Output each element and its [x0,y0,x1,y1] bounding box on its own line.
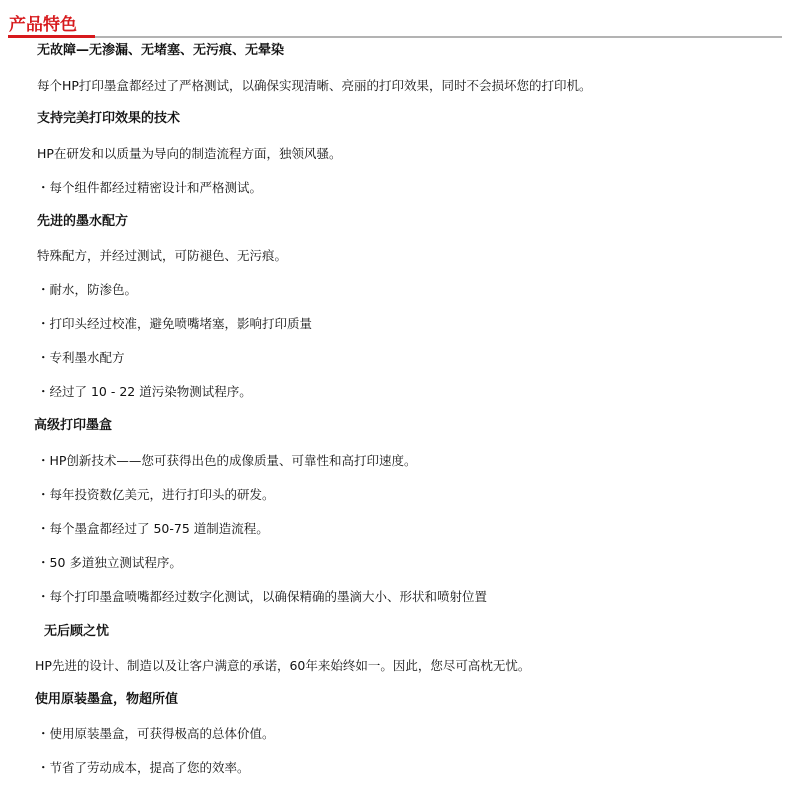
section-heading: 先进的墨水配方 [37,214,128,230]
paragraph: HP先进的设计、制造以及让客户满意的承诺，60年来始终如一。因此，您尽可高枕无忧… [35,658,530,674]
page-title: 产品特色 [9,10,77,35]
paragraph: 每个HP打印墨盒都经过了严格测试，以确保实现清晰、亮丽的打印效果，同时不会损坏您… [37,78,591,94]
bullet-item: ・专利墨水配方 [37,350,125,366]
bullet-item: ・节省了劳动成本，提高了您的效率。 [37,760,250,776]
header-divider [8,36,782,38]
section-heading: 无后顾之忧 [44,624,109,640]
section-header: 产品特色 [8,8,782,38]
bullet-item: ・每个打印墨盒喷嘴都经过数字化测试，以确保精确的墨滴大小、形状和喷射位置 [37,589,487,605]
bullet-item: ・每年投资数亿美元，进行打印头的研发。 [37,487,275,503]
bullet-item: ・经过了 10 - 22 道污染物测试程序。 [37,384,252,400]
bullet-item: ・打印头经过校准，避免喷嘴堵塞，影响打印质量 [37,316,312,332]
bullet-item: ・每个墨盒都经过了 50-75 道制造流程。 [37,521,269,537]
bullet-item: ・耐水，防渗色。 [37,282,137,298]
bullet-item: ・使用原装墨盒，可获得极高的总体价值。 [37,726,275,742]
section-heading: 无故障—无渗漏、无堵塞、无污痕、无晕染 [37,43,284,59]
section-heading: 支持完美打印效果的技术 [37,111,180,127]
section-heading: 高级打印墨盒 [34,418,112,434]
bullet-item: ・50 多道独立测试程序。 [37,555,182,571]
section-heading: 使用原装墨盒，物超所值 [35,692,178,708]
bullet-item: ・每个组件都经过精密设计和严格测试。 [37,180,262,196]
paragraph: HP在研发和以质量为导向的制造流程方面，独领风骚。 [37,146,341,162]
header-accent-bar [8,35,95,38]
bullet-item: ・HP创新技术——您可获得出色的成像质量、可靠性和高打印速度。 [37,453,416,469]
paragraph: 特殊配方，并经过测试，可防褪色、无污痕。 [37,248,287,264]
